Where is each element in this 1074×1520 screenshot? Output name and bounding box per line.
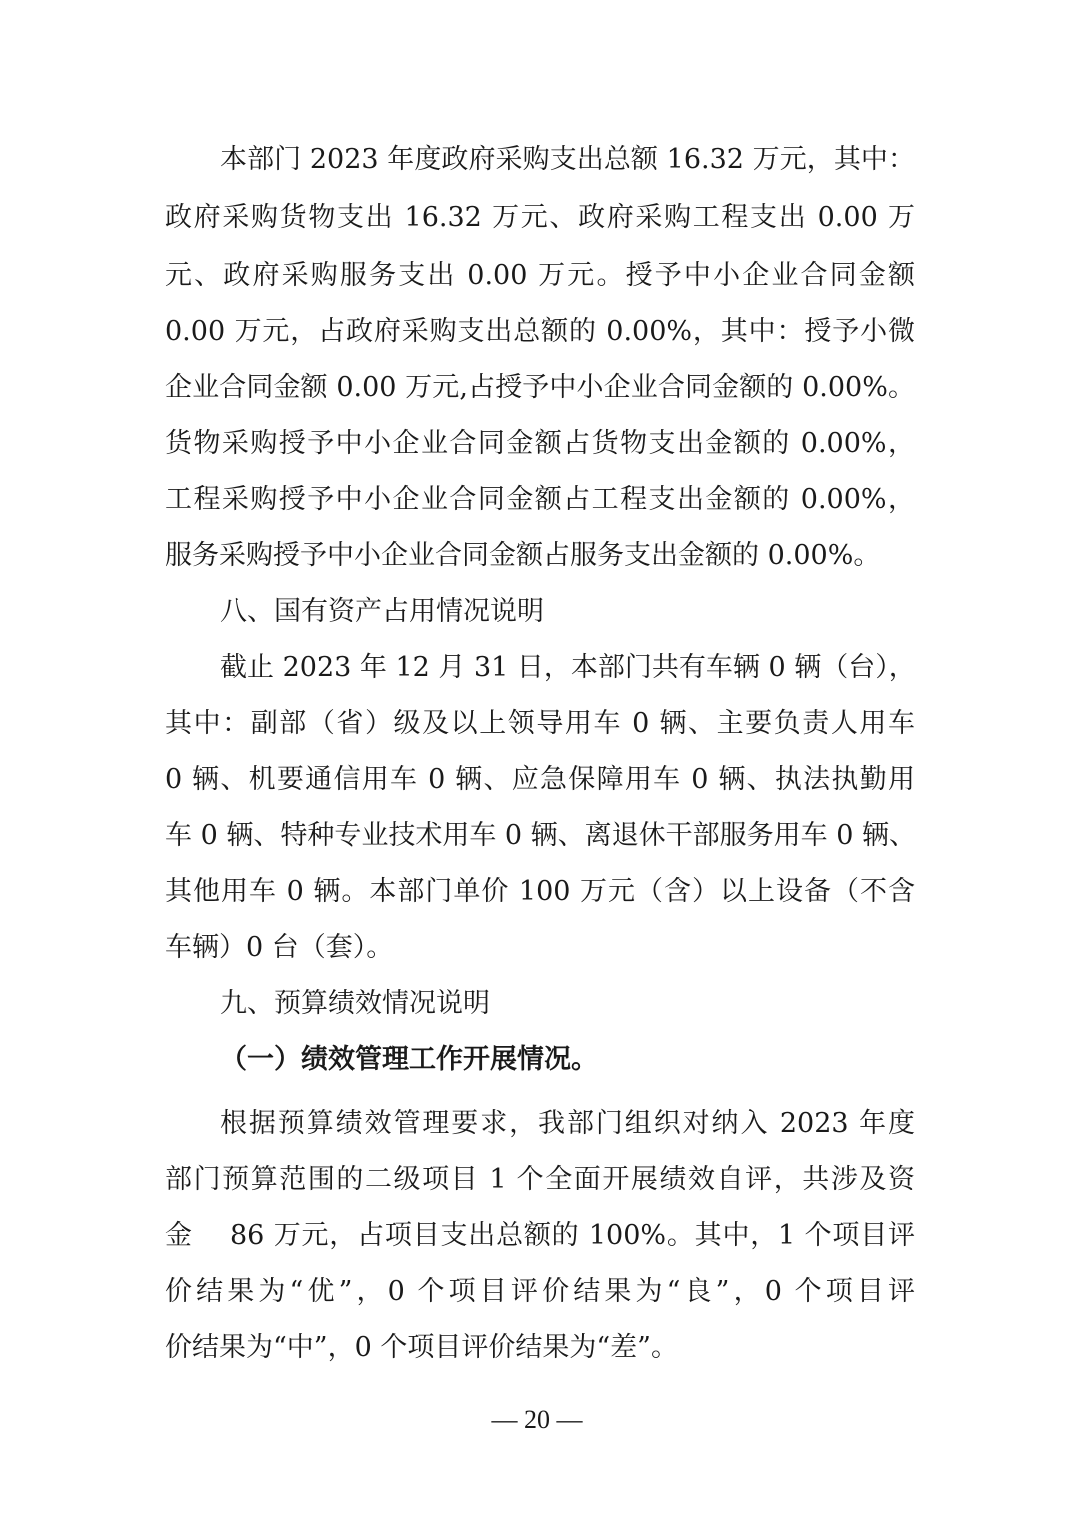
assets-line-3: 0 辆、机要通信用车 0 辆、应急保障用车 0 辆、执法执勤用	[165, 762, 915, 798]
performance-line-3: 金 86 万元，占项目支出总额的 100%。其中，1 个项目评	[165, 1218, 915, 1254]
assets-line-1: 截止 2023 年 12 月 31 日，本部门共有车辆 0 辆（台），	[220, 650, 915, 686]
procurement-line-7: 工程采购授予中小企业合同金额占工程支出金额的 0.00%，	[165, 482, 915, 518]
performance-line-1: 根据预算绩效管理要求，我部门组织对纳入 2023 年度	[220, 1106, 915, 1142]
procurement-line-4: 0.00 万元，占政府采购支出总额的 0.00%，其中：授予小微	[165, 314, 915, 350]
assets-line-5: 其他用车 0 辆。本部门单价 100 万元（含）以上设备（不含	[165, 874, 915, 910]
procurement-line-1: 本部门 2023 年度政府采购支出总额 16.32 万元，其中：	[220, 142, 915, 178]
procurement-line-3: 元、政府采购服务支出 0.00 万元。授予中小企业合同金额	[165, 258, 915, 294]
procurement-line-2: 政府采购货物支出 16.32 万元、政府采购工程支出 0.00 万	[165, 200, 915, 236]
procurement-line-8: 服务采购授予中小企业合同金额占服务支出金额的 0.00%。	[165, 538, 915, 574]
procurement-line-6: 货物采购授予中小企业合同金额占货物支出金额的 0.00%，	[165, 426, 915, 462]
document-page: 本部门 2023 年度政府采购支出总额 16.32 万元，其中： 政府采购货物支…	[0, 0, 1074, 1520]
assets-line-4: 车 0 辆、特种专业技术用车 0 辆、离退休干部服务用车 0 辆、	[165, 818, 915, 854]
page-number: — 20 —	[0, 1405, 1074, 1435]
procurement-line-5: 企业合同金额 0.00 万元,占授予中小企业合同金额的 0.00%。	[165, 370, 915, 406]
subsection-1-heading: （一）绩效管理工作开展情况。	[220, 1042, 598, 1078]
section-9-heading: 九、预算绩效情况说明	[220, 986, 490, 1022]
section-8-heading: 八、国有资产占用情况说明	[220, 594, 544, 630]
performance-line-2: 部门预算范围的二级项目 1 个全面开展绩效自评，共涉及资	[165, 1162, 915, 1198]
assets-line-2: 其中：副部（省）级及以上领导用车 0 辆、主要负责人用车	[165, 706, 915, 742]
performance-line-5: 价结果为“中”，0 个项目评价结果为“差”。	[165, 1330, 915, 1366]
assets-line-6: 车辆）0 台（套）。	[165, 930, 915, 966]
performance-line-4: 价结果为“优”，0 个项目评价结果为“良”，0 个项目评	[165, 1274, 915, 1310]
